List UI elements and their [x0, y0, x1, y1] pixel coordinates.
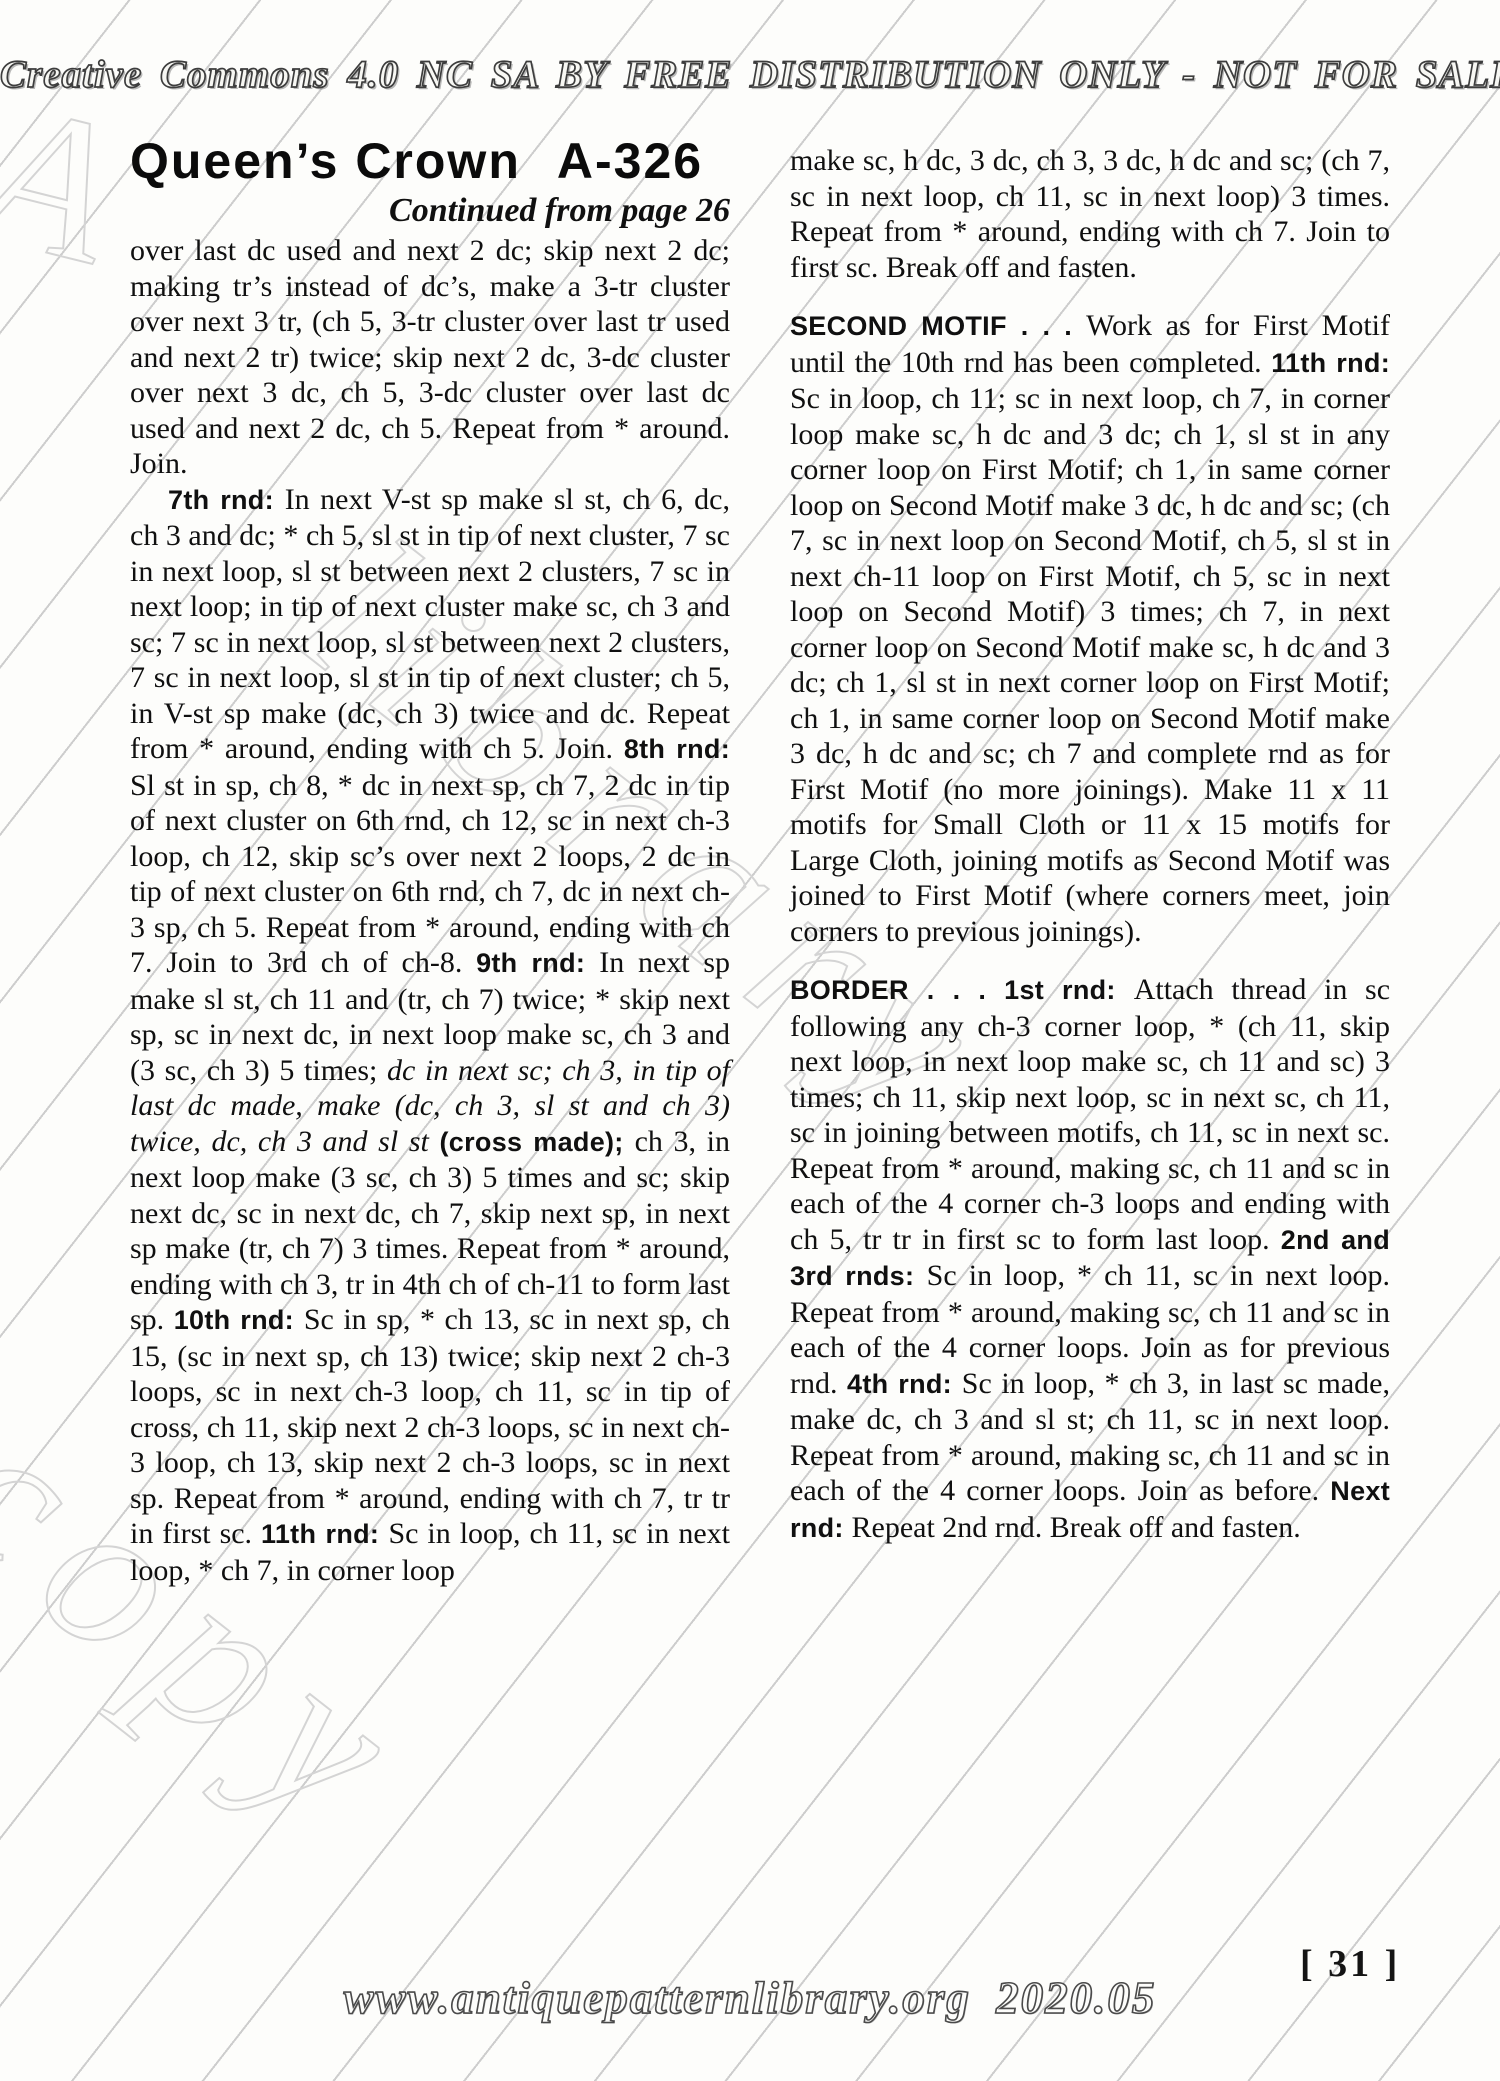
text-column-left: over last dc used and next 2 dc; skip ne… — [130, 233, 730, 1923]
paragraph: 7th rnd: In next V-st sp make sl st, ch … — [130, 482, 730, 1589]
text-run: 4th rnd: — [847, 1369, 962, 1399]
continued-from-note: Continued from page 26 — [130, 192, 730, 230]
footer-edition: 2020.05 — [996, 1973, 1156, 2023]
footer-url: www.antiquepatternlibrary.org — [344, 1973, 971, 2023]
paragraph: BORDER . . . 1st rnd: Attach thread in s… — [790, 972, 1390, 1546]
text-run: BORDER . . . 1st rnd: — [790, 975, 1134, 1005]
text-run: Sc in loop, ch 11; sc in next loop, ch 7… — [790, 382, 1390, 948]
text-run: In next V-st sp make sl st, ch 6, dc, ch… — [130, 483, 730, 766]
text-run: (cross made); — [440, 1127, 635, 1157]
paragraph: make sc, h dc, 3 dc, ch 3, 3 dc, h dc an… — [790, 143, 1390, 285]
text-run: 10th rnd: — [174, 1305, 304, 1335]
text-run: make sc, h dc, 3 dc, ch 3, 3 dc, h dc an… — [790, 144, 1390, 284]
page-number: [ 31 ] — [1300, 1942, 1400, 1986]
text-run: Repeat 2nd rnd. Break off and fasten. — [852, 1511, 1301, 1544]
text-run: 11th rnd: — [261, 1519, 388, 1549]
text-column-right: make sc, h dc, 3 dc, ch 3, 3 dc, h dc an… — [790, 143, 1390, 1923]
scanned-page: A library copy Creative Commons 4.0 NC S… — [0, 0, 1500, 2081]
text-run: Attach thread in sc following any ch-3 c… — [790, 973, 1390, 1256]
text-run: 8th rnd: — [624, 734, 730, 764]
text-run: 9th rnd: — [476, 948, 599, 978]
paragraph: SECOND MOTIF . . . Work as for First Mot… — [790, 308, 1390, 949]
text-run: SECOND MOTIF . . . — [790, 311, 1086, 341]
pattern-title-code: A-326 — [557, 133, 703, 189]
pattern-title-name: Queen’s Crown — [130, 133, 521, 189]
text-run: 7th rnd: — [168, 485, 285, 515]
text-run: over last dc used and next 2 dc; skip ne… — [130, 234, 730, 480]
text-run: Sc in sp, * ch 13, sc in next sp, ch 15,… — [130, 1303, 730, 1550]
license-notice: Creative Commons 4.0 NC SA BY FREE DISTR… — [0, 52, 1500, 97]
footer-credit: www.antiquepatternlibrary.org 2020.05 — [0, 1972, 1500, 2024]
pattern-title: Queen’s CrownA-326 — [130, 136, 730, 186]
paragraph: over last dc used and next 2 dc; skip ne… — [130, 233, 730, 482]
text-run: 11th rnd: — [1271, 348, 1390, 378]
watermark-letter: A — [0, 68, 134, 297]
title-block: Queen’s CrownA-326 Continued from page 2… — [130, 136, 730, 230]
